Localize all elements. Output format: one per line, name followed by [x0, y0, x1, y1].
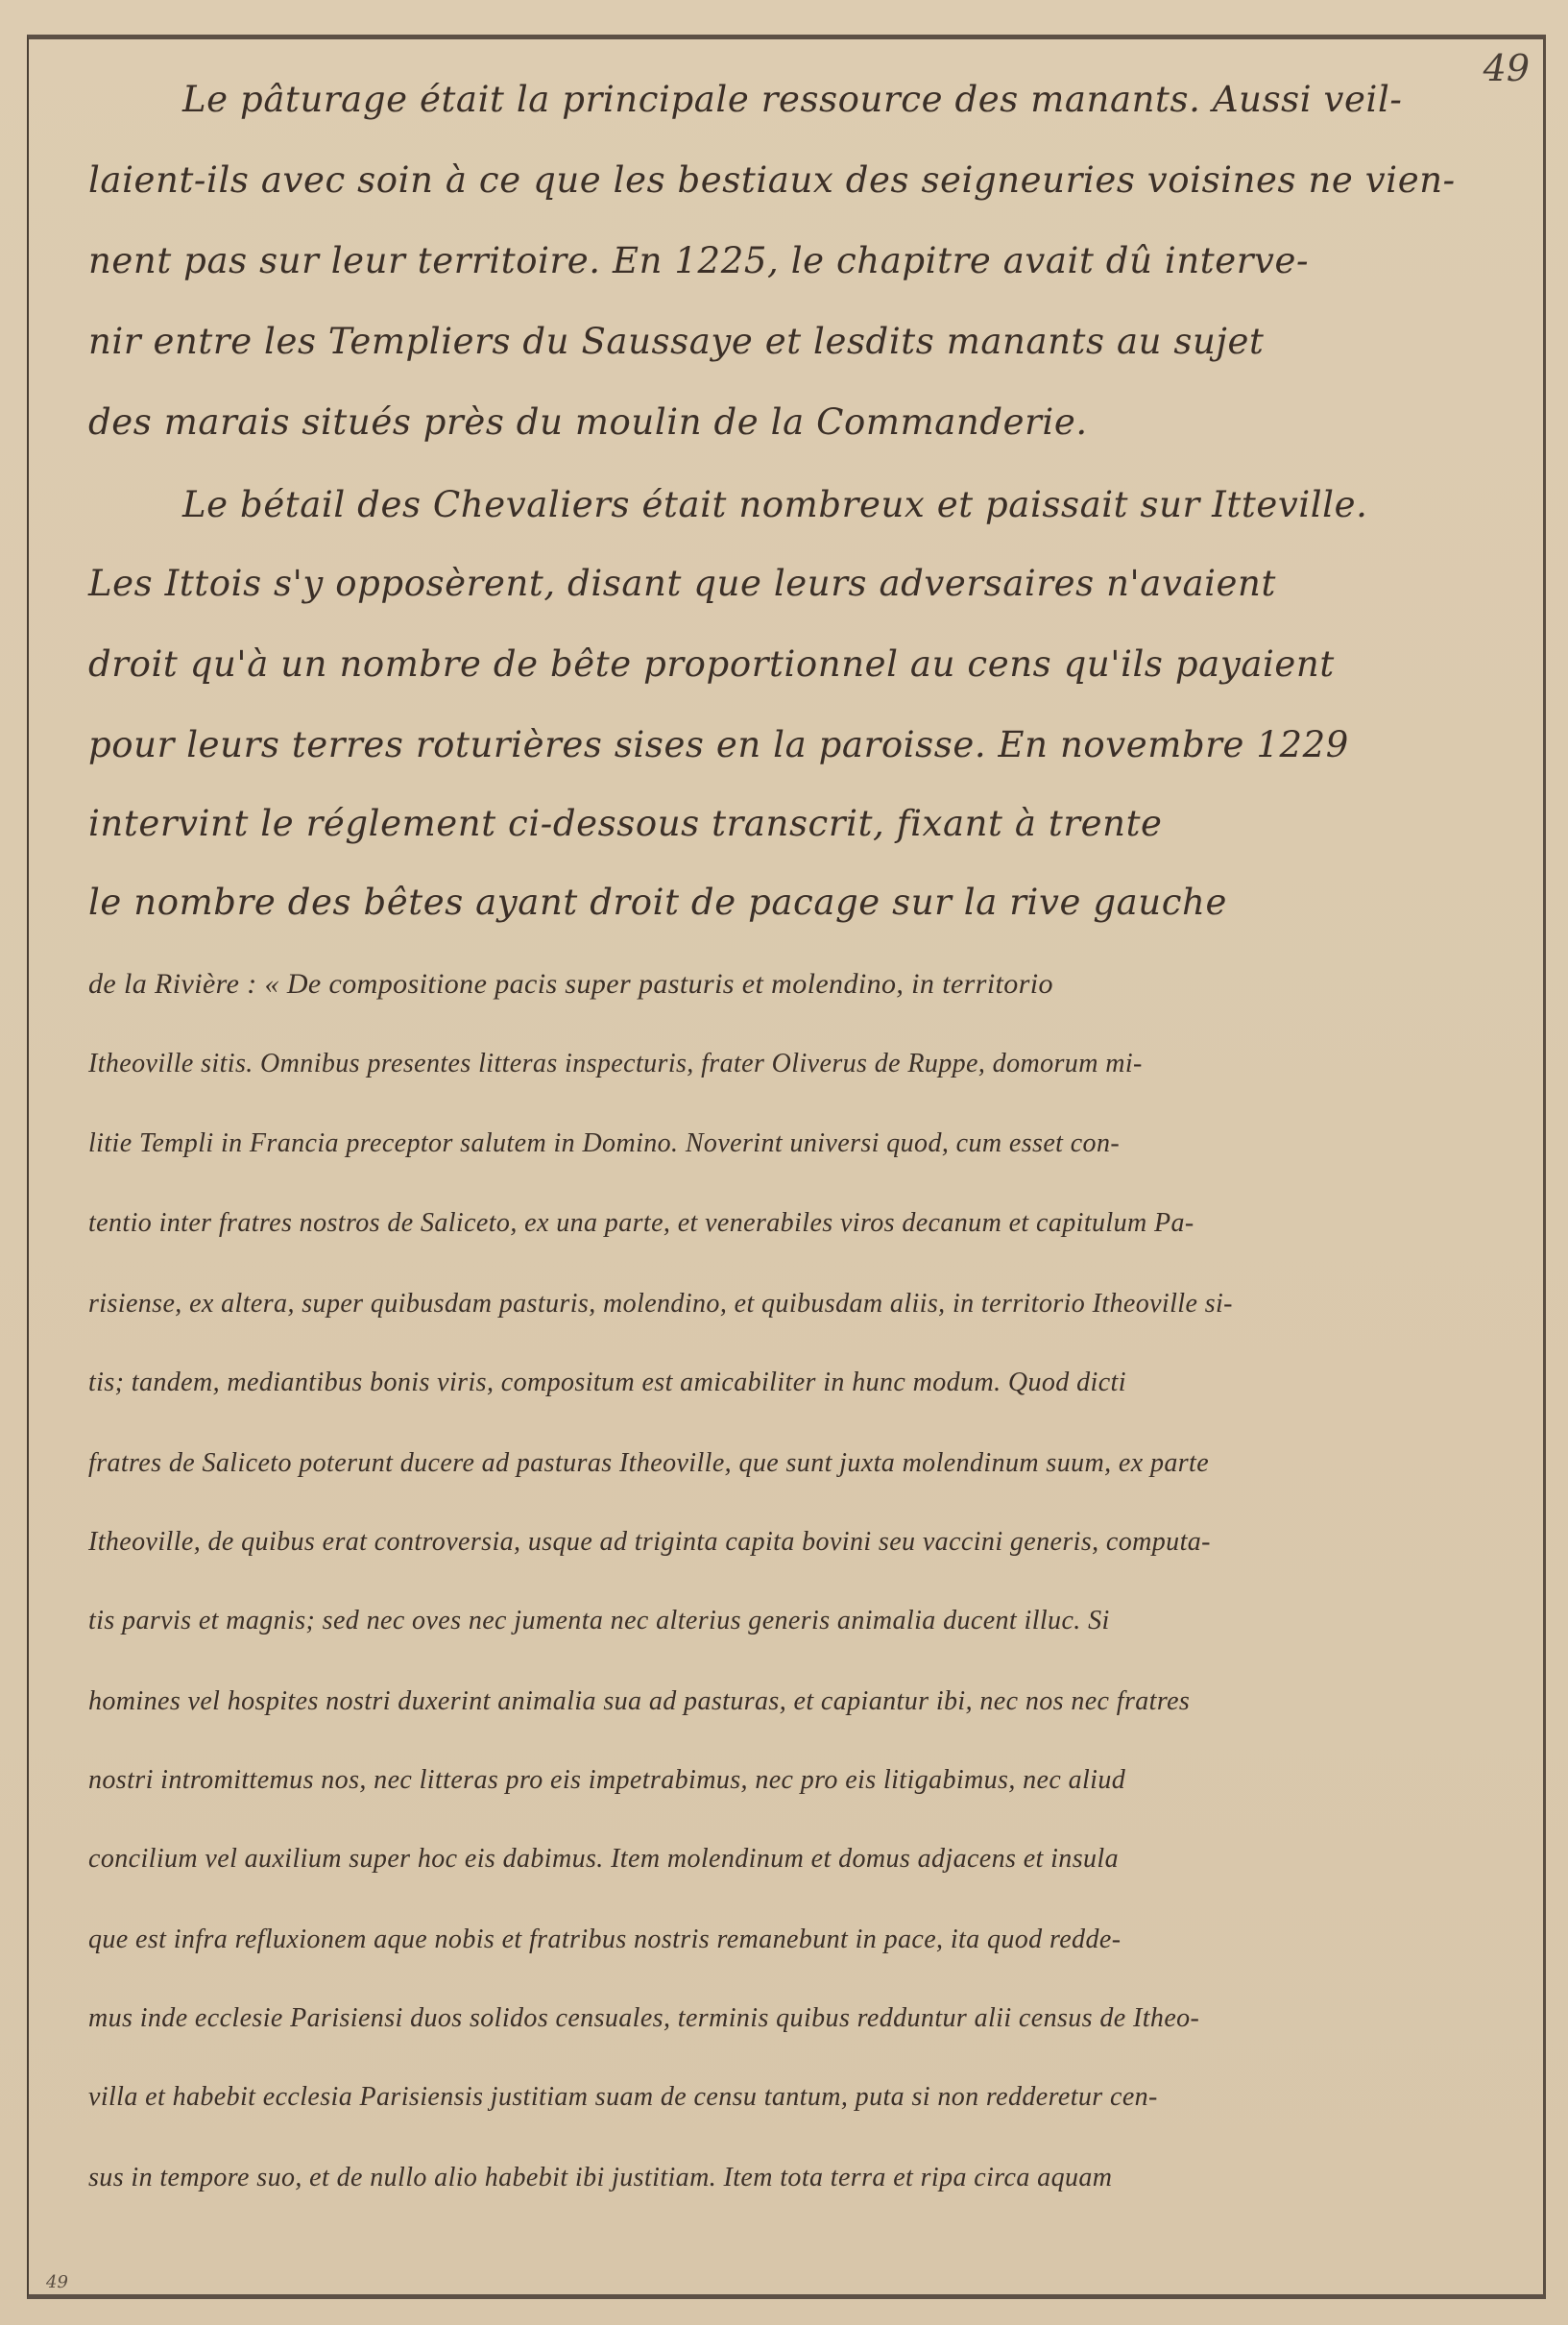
text-line: laient-ils avec soin à ce que les bestia…: [88, 159, 1456, 201]
text-line: villa et habebit ecclesia Parisiensis ju…: [88, 2082, 1158, 2113]
text-line: que est infra refluxionem aque nobis et …: [88, 1925, 1121, 1955]
text-line: mus inde ecclesie Parisiensi duos solido…: [88, 2003, 1199, 2034]
text-line: tentio inter fratres nostros de Saliceto…: [88, 1208, 1194, 1239]
text-line: nent pas sur leur territoire. En 1225, l…: [88, 240, 1309, 281]
text-line: intervint le réglement ci-dessous transc…: [88, 803, 1163, 844]
text-line: fratres de Saliceto poterunt ducere ad p…: [88, 1448, 1209, 1479]
text-line: nir entre les Templiers du Saussaye et l…: [88, 321, 1264, 362]
text-line: sus in tempore suo, et de nullo alio hab…: [88, 2163, 1112, 2193]
text-line: des marais situés près du moulin de la C…: [88, 401, 1088, 443]
text-line: Le pâturage était la principale ressourc…: [182, 79, 1403, 120]
text-line: Itheoville sitis. Omnibus presentes litt…: [88, 1049, 1143, 1079]
text-line: pour leurs terres roturières sises en la…: [88, 724, 1349, 765]
text-line: Les Ittois s'y opposèrent, disant que le…: [88, 563, 1276, 604]
text-line: le nombre des bêtes ayant droit de pacag…: [88, 882, 1227, 923]
manuscript-text: Le pâturage était la principale ressourc…: [0, 0, 1568, 2325]
text-line: risiense, ex altera, super quibusdam pas…: [88, 1289, 1233, 1320]
text-line: concilium vel auxilium super hoc eis dab…: [88, 1844, 1119, 1875]
text-line: droit qu'à un nombre de bête proportionn…: [88, 643, 1335, 685]
text-line: tis parvis et magnis; sed nec oves nec j…: [88, 1606, 1110, 1636]
text-line: de la Rivière : « De compositione pacis …: [88, 968, 1053, 1001]
text-line: homines vel hospites nostri duxerint ani…: [88, 1686, 1190, 1717]
text-line: Le bétail des Chevaliers était nombreux …: [182, 484, 1367, 525]
text-line: litie Templi in Francia preceptor salute…: [88, 1128, 1120, 1159]
text-line: Itheoville, de quibus erat controversia,…: [88, 1527, 1211, 1558]
text-line: tis; tandem, mediantibus bonis viris, co…: [88, 1368, 1126, 1398]
text-line: nostri intromittemus nos, nec litteras p…: [88, 1765, 1125, 1796]
